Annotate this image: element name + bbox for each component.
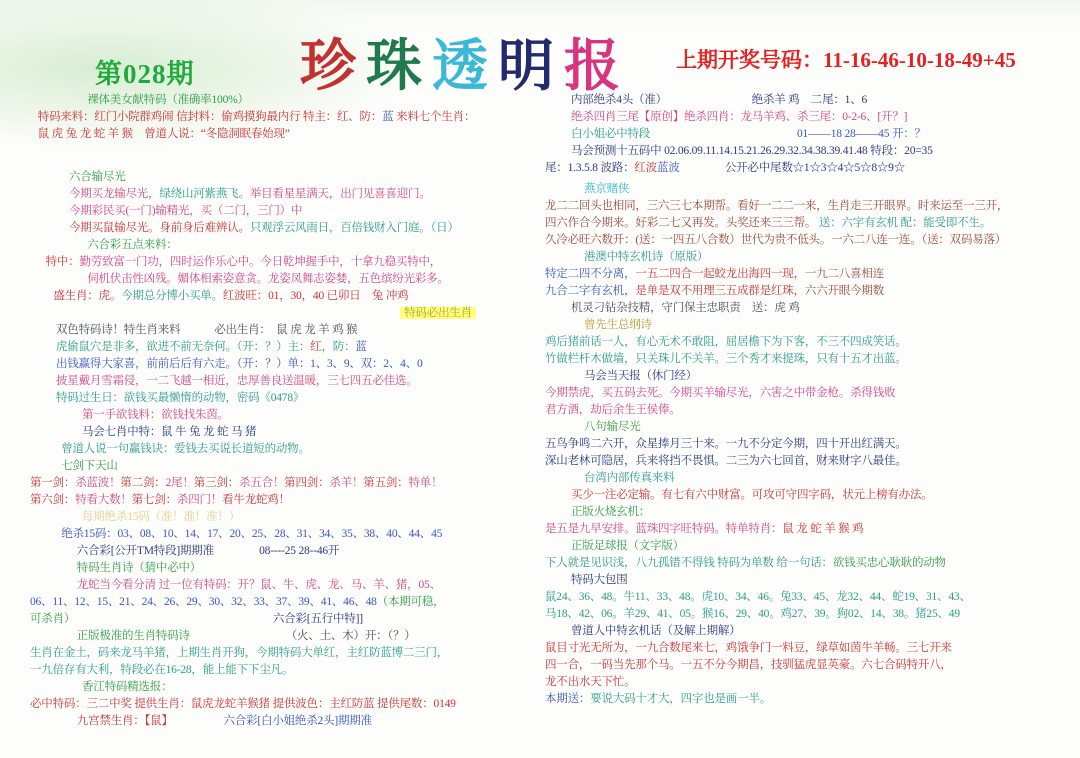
title-char: 报 xyxy=(564,36,630,98)
text-segment: 正版足球报（文字版） xyxy=(571,540,684,552)
paper-title: 珍珠透明报 xyxy=(300,22,630,102)
text-segment: 马会七肖中特：鼠 牛 兔 龙 蛇 马 猪 xyxy=(82,426,256,438)
text-line: 出钱赢得大家喜，前前后后有六走。（开：？）单：1、3、9、双：2、4、0 xyxy=(30,356,540,373)
text-line: 君方酒，劫后余生王侯俸。 xyxy=(545,402,1075,419)
text-segment: 鸡后猪前话一人，有心无术不敢阻，屈居檐下为下客，不三不四成笑话。 xyxy=(545,336,907,348)
text-segment: 鼠 虎 兔 龙 蛇 羊 猴 曾道人说：“冬隐洞眠春始现” xyxy=(38,128,290,140)
text-line: 尾：1.3.5.8 波路：红波蓝波 公开必中尾数☆1☆3☆4☆5☆8☆9☆ xyxy=(545,160,1075,177)
text-segment: （本期可稳， xyxy=(377,596,445,608)
text-segment: 第一剑： xyxy=(30,477,75,489)
text-line: 马18、42、06。羊29、41、05。猴16、29、40。鸡27、39。狗02… xyxy=(545,606,1075,623)
text-line: 特定二四不分离，一五二四合一起蛟龙出海四一现，一九二八喜相连 xyxy=(545,266,1075,283)
text-segment: 是五是九早安排。蓝珠四字旺特码。特单特肖： xyxy=(545,523,782,535)
text-line: 生肖在金土，码来龙马羊猪，上期生肖开狗，今期特码大单红，主红防蓝博二三门， xyxy=(30,645,540,662)
title-char: 珠 xyxy=(366,36,432,98)
issue-number: 第028期 xyxy=(95,52,195,91)
text-line: 绝杀15码：03、08、10、14、17、20、25、28、31、34、35、3… xyxy=(30,526,540,543)
text-segment: 第七剑： xyxy=(132,494,177,506)
text-segment: 香江特码精选报： xyxy=(82,681,172,693)
text-segment: 特码过生日：欲钱买最懒惰的动物，密码《0478》 xyxy=(56,392,304,404)
text-line: 六合彩五点来料： xyxy=(30,237,540,254)
text-segment: 虎偷鼠穴是非多，欲进不前无奈何。（开：？）主： xyxy=(56,341,310,353)
text-segment: 君方酒，劫后余生王侯俸。 xyxy=(545,404,681,416)
text-segment: 只观浮云风雨日，百倍钱财入门庭。（日） xyxy=(250,222,459,234)
text-segment: 特码大包围 xyxy=(571,574,628,586)
text-segment: 2尾！ xyxy=(166,477,194,489)
text-segment: 曾先生总纲诗 xyxy=(584,319,652,331)
text-segment: 绝杀15码：03、08、10、14、17、20、25、28、31、34、35、3… xyxy=(61,528,442,540)
text-line: 盛生肖：虎。今期总分博小买单。红波旺：01，30，40 已卯日 兔 冲鸡 xyxy=(30,288,540,305)
title-char: 珍 xyxy=(300,36,366,98)
text-segment: 来料七个生肖： xyxy=(393,111,475,123)
text-segment: 第二剑： xyxy=(120,477,165,489)
text-line: 每期绝杀15码（准！准！准！） xyxy=(30,509,540,526)
text-segment: 马会预测十五码中 02.06.09.11.14.15.21.26.29.32.3… xyxy=(571,145,933,157)
text-segment: 第六剑： xyxy=(30,494,75,506)
text-segment: 六合彩[五行中特]] xyxy=(69,613,362,625)
text-line: 今期禁虎，买五码去死。今期买羊输尽光，六害之中带金枪。杀得钱败 xyxy=(545,385,1075,402)
text-segment: 曾道人说一句赢钱诀：爱钱去买说长道短的动物。 xyxy=(61,443,310,455)
text-line: 机灵刁钻杂技精，守门保主忠职责 送：虎 鸡 xyxy=(545,300,1075,317)
text-segment: 今期彩民买(一门)输精光，买（二门，三门）中 xyxy=(69,205,302,217)
text-segment: 杀蓝波！ xyxy=(75,477,120,489)
text-line: 竹做栏杆木做墙，只关珠儿不关羊。三个秀才来提珠，只有十五才出蓝。 xyxy=(545,351,1075,368)
text-segment: 第五剑： xyxy=(363,477,408,489)
text-segment: 看牛龙蛇鸡！ xyxy=(222,494,290,506)
last-draw-numbers: 上期开奖号码：11-16-46-10-18-49+45 xyxy=(676,44,1016,74)
text-line: 正版足球报（文字版） xyxy=(545,538,1075,555)
text-segment: 燕京赌侠 xyxy=(584,183,629,195)
text-segment: 蓝 xyxy=(355,341,366,353)
text-segment: 特码必出生肖 xyxy=(400,307,476,319)
text-line: 伺机伏击性凶残。媚体相索姿意贪。龙姿凤舞志姿婪，五色缤纷光彩多。 xyxy=(30,271,540,288)
text-segment: 裸体美女献特码（准确率100%） xyxy=(87,94,249,106)
text-line: 特中：勤劳致富一门功，四时运作乐心中。今日乾坤握手中，十拿九稳买特中， xyxy=(30,254,540,271)
right-column: 内部绝杀4头（准） 绝杀羊 鸡 二尾：1、6绝杀四肖三尾【原创】绝杀四肖：龙马羊… xyxy=(545,92,1075,708)
text-segment: 一九二八喜相连 xyxy=(805,268,884,280)
text-segment: 正版火烧玄机： xyxy=(571,506,650,518)
text-segment: 是单是双不用理三五成群是红珠， xyxy=(635,285,805,297)
text-line: 第六剑：特看大数！第七剑：杀四门！看牛龙蛇鸡！ xyxy=(30,492,540,509)
text-segment: ，防： xyxy=(321,341,355,353)
text-line: 八句输尽光 xyxy=(545,419,1075,436)
text-segment: 蓝波 xyxy=(657,162,680,174)
text-line: 正版极准的生肖特码诗 （火、土、木）开：（？） xyxy=(30,628,540,645)
text-segment: （火、土、木）开：（？） xyxy=(190,630,416,642)
text-segment: 勤劳致富一门功，四时运作乐心中。今日乾坤握手中，十拿九稳买特中， xyxy=(80,256,442,268)
text-segment: 尾：1.3.5.8 波路： xyxy=(545,162,634,174)
text-segment: 深山老林可隐居，兵来将挡不畏惧。二三为六七回首，财来财字八最佳。 xyxy=(545,455,907,467)
text-line: 鼠24、36、48。牛11、33、48。虎10、34、46。兔33、45、龙32… xyxy=(545,589,1075,606)
text-line: 燕京赌侠 xyxy=(545,181,1075,198)
text-segment: 特中： xyxy=(46,256,80,268)
text-line: 白小姐必中特段 01——18 28——45 开：？ xyxy=(545,126,1075,143)
text-line: 六合输尽光 xyxy=(30,169,540,186)
text-segment: 九合二字有玄机， xyxy=(545,285,635,297)
text-line: 龙蛇当今看分清 过一位有特码：开？鼠、牛、虎、龙、马、羊、猪，05、 xyxy=(30,577,540,594)
text-line: 特码过生日：欲钱买最懒惰的动物，密码《0478》 xyxy=(30,390,540,407)
text-segment: 八句输尽光 xyxy=(584,421,641,433)
text-segment: 杀四门！ xyxy=(177,494,222,506)
text-line: 内部绝杀4头（准） 绝杀羊 鸡 二尾：1、6 xyxy=(545,92,1075,109)
text-line: 可杀肖） 六合彩[五行中特]] xyxy=(30,611,540,628)
text-line: 香江特码精选报： xyxy=(30,679,540,696)
text-segment: 六合输尽光 xyxy=(69,171,126,183)
text-segment: 举目看星星满天，出门见喜喜迎门。 xyxy=(250,188,431,200)
text-line: 鼠 虎 兔 龙 蛇 羊 猴 曾道人说：“冬隐洞眠春始现” xyxy=(30,126,540,143)
title-char: 透 xyxy=(432,36,498,98)
text-segment: 内部绝杀4头（准） 绝杀羊 鸡 二尾：1、6 xyxy=(571,94,867,106)
text-segment: 六六开眼今期数 xyxy=(805,285,884,297)
text-line: 龙不出水天下忙。 xyxy=(545,674,1075,691)
text-line: 第一剑：杀蓝波！第二剑：2尾！第三剑：杀五合！第四剑：杀羊！第五剑：特单！ xyxy=(30,475,540,492)
text-segment: 马18、42、06。羊29、41、05。猴16、29、40。鸡27、39。狗02… xyxy=(545,608,960,620)
text-segment: 机灵刁钻杂技精，守门保主忠职责 送：虎 鸡 xyxy=(571,302,800,314)
text-segment: 台湾内部传真来料 xyxy=(584,472,674,484)
text-segment: 六合彩[公开TM特段]期期准 08----25 28--46开 xyxy=(77,545,339,557)
text-segment: 六合彩[白小姐绝杀2头]期期准 xyxy=(167,715,372,727)
text-segment: 曾道人中特玄机话（及解上期解） xyxy=(571,625,741,637)
text-segment: 特看大数！ xyxy=(75,494,132,506)
text-segment: 马会当天报（休门经） xyxy=(584,370,697,382)
text-line: 一九倍存有大利，特段必在16-28，能上能下下尘凡。 xyxy=(30,662,540,679)
text-segment: 四六作合今期来。好彩二七又再发。头奖还来三三帮。 xyxy=(545,217,816,229)
text-segment: 龙二二回头也相同，三六三七本期帮。看好一二二一来，生肖走三开眼界。时来运至一三开… xyxy=(545,200,1008,212)
text-segment: 一五二四合一起蛟龙出海四一现， xyxy=(635,268,805,280)
text-line: 必中特码：三二中奖 提供生肖：鼠虎龙蛇羊猴猪 提供波色：主红防蓝 提供尾数：01… xyxy=(30,696,540,713)
left-column: 裸体美女献特码（准确率100%）特码来料：红门小院群鸡闹 信封料：偷鸡摸狗最内行… xyxy=(30,92,540,730)
text-line: 鼠目寸光无所为，一九合数尾来七，鸡饿争门一料豆，绿草如茵牛羊畅。三七开来 xyxy=(545,640,1075,657)
text-line: 绝杀四肖三尾【原创】绝杀四肖：龙马羊鸡、杀三尾：0-2-6、[开？] xyxy=(545,109,1075,126)
text-segment: 红波旺：01，30，40 已卯日 兔 冲鸡 xyxy=(223,290,409,302)
text-line: 港澳中特玄机诗（原版） xyxy=(545,249,1075,266)
text-line: 马会七肖中特：鼠 牛 兔 龙 蛇 马 猪 xyxy=(30,424,540,441)
text-line: 马会预测十五码中 02.06.09.11.14.15.21.26.29.32.3… xyxy=(545,143,1075,160)
text-segment: 要说大码十才大，四字也是画一半。 xyxy=(590,693,771,705)
text-line: 裸体美女献特码（准确率100%） xyxy=(30,92,540,109)
text-segment: 第四剑： xyxy=(284,477,329,489)
text-segment: 鼠24、36、48。牛11、33、48。虎10、34、46。兔33、45、龙32… xyxy=(545,591,971,603)
text-segment: 01——18 28——45 开：？ xyxy=(650,128,926,140)
text-segment: 七剑下天山 xyxy=(61,460,118,472)
text-line: 买少一注必定输。有七有六中财富。可攻可守四字码，状元上榜有办法。 xyxy=(545,487,1075,504)
text-segment: 欲钱买忠心耿耿的动物 xyxy=(833,557,946,569)
text-segment: 港澳中特玄机诗（原版） xyxy=(584,251,708,263)
text-segment: 本期送： xyxy=(545,693,590,705)
text-line: 特码必出生肖 xyxy=(30,305,540,322)
text-line: 九合二字有玄机，是单是双不用理三五成群是红珠，六六开眼今期数 xyxy=(545,283,1075,300)
text-segment: 下人就是见识浅，八九孤错不得钱 特码为单数 给一句话： xyxy=(545,557,833,569)
text-line: 深山老林可隐居，兵来将挡不畏惧。二三为六七回首，财来财字八最佳。 xyxy=(545,453,1075,470)
text-line: 鸡后猪前话一人，有心无术不敢阻，屈居檐下为下客，不三不四成笑话。 xyxy=(545,334,1075,351)
text-line: 久冷必旺六数开：(送：一四五八合数）世代为贵不低头。一六二八连一连。（送：双码易… xyxy=(545,232,1075,249)
text-segment: 正版极准的生肖特码诗 xyxy=(77,630,190,642)
text-line: 正版火烧玄机： xyxy=(545,504,1075,521)
text-segment: 披星戴月雪霜侵，一二飞越一相近，忠厚善良送温暖，三七四五必佳选。 xyxy=(56,375,418,387)
text-segment: 公开必中尾数☆1☆3☆4☆5☆8☆9☆ xyxy=(680,162,905,174)
text-segment: 竹做栏杆木做墙，只关珠儿不关羊。三个秀才来提珠，只有十五才出蓝。 xyxy=(545,353,907,365)
text-line: 06、11、12、15、21、24、26、29、30、32、33、37、39、4… xyxy=(30,594,540,611)
text-segment: 红波 xyxy=(634,162,657,174)
text-line: 今期买龙输尽光，绿绕山河紫燕飞。举目看星星满天，出门见喜喜迎门。 xyxy=(30,186,540,203)
text-segment: 今期买鼠输尽光。身前身后难辨认。 xyxy=(69,222,250,234)
text-line: 特码大包围 xyxy=(545,572,1075,589)
text-segment: 出钱赢得大家喜，前前后后有六走。（开：？）单：1、3、9、双：2、4、0 xyxy=(56,358,423,370)
text-line: 虎偷鼠穴是非多，欲进不前无奈何。（开：？）主：红，防：蓝 xyxy=(30,339,540,356)
text-segment: 红 xyxy=(310,341,321,353)
text-line: 第一手欲钱料：欲钱找朱茵。 xyxy=(30,407,540,424)
text-line: 下人就是见识浅，八九孤错不得钱 特码为单数 给一句话：欲钱买忠心耿耿的动物 xyxy=(545,555,1075,572)
text-segment: 蓝 xyxy=(382,111,393,123)
title-char: 明 xyxy=(498,36,564,98)
text-segment: 第三剑： xyxy=(194,477,239,489)
text-segment: 久冷必旺六数开：(送：一四五八合数）世代为贵不低头。一六二八连一连。（送：双码易… xyxy=(545,234,1006,246)
text-segment: 绝杀四肖三尾【原创】绝杀四肖：龙马羊鸡、杀三尾：0-2-6、[开？] xyxy=(571,111,907,123)
newspaper-page: 第028期 珍珠透明报 上期开奖号码：11-16-46-10-18-49+45 … xyxy=(0,0,1080,758)
text-line: 今期买鼠输尽光。身前身后难辨认。只观浮云风雨日，百倍钱财入门庭。（日） xyxy=(30,220,540,237)
text-segment: 今期买龙输尽光， xyxy=(69,188,159,200)
text-segment: 杀五合！ xyxy=(239,477,284,489)
text-segment: 杀羊！ xyxy=(329,477,363,489)
text-line: 曾道人中特玄机话（及解上期解） xyxy=(545,623,1075,640)
text-segment: 鼠目寸光无所为，一九合数尾来七，鸡饿争门一料豆，绿草如茵牛羊畅。三七开来 xyxy=(545,642,952,654)
text-segment: 伺机伏击性凶残。媚体相索姿意贪。龙姿凤舞志姿婪，五色缤纷光彩多。 xyxy=(87,273,449,285)
text-line: 披星戴月雪霜侵，一二飞越一相近，忠厚善良送温暖，三七四五必佳选。 xyxy=(30,373,540,390)
text-line: 四一合，一码当先那个马。一五不分今期昌，技驯猛虎显英豪。六七合码特开八， xyxy=(545,657,1075,674)
text-line: 曾道人说一句赢钱诀：爱钱去买说长道短的动物。 xyxy=(30,441,540,458)
text-segment: 必中特码：三二中奖 提供生肖：鼠虎龙蛇羊猴猪 提供波色：主红防蓝 提供尾数：01… xyxy=(30,698,456,710)
text-segment: 06、11、12、15、21、24、26、29、30、32、33、37、39、4… xyxy=(30,596,377,608)
text-segment: 一九倍存有大利，特段必在16-28，能上能下下尘凡。 xyxy=(30,664,293,676)
text-line: 特码来料：红门小院群鸡闹 信封料：偷鸡摸狗最内行 特主：红、防：蓝 来料七个生肖… xyxy=(30,109,540,126)
text-segment: 九宫禁生肖：【鼠】 xyxy=(77,715,167,727)
text-segment: 龙蛇当今看分清 过一位有特码：开？鼠、牛、虎、龙、马、羊、猪，05、 xyxy=(77,579,441,591)
text-segment: 送：六字有玄机 配：能受即不生。 xyxy=(816,217,991,229)
text-segment: 特码生肖诗（猜中必中） xyxy=(77,562,201,574)
text-line: 是五是九早安排。蓝珠四字旺特码。特单特肖：鼠 龙 蛇 羊 猴 鸡 xyxy=(545,521,1075,538)
text-line: 曾先生总纲诗 xyxy=(545,317,1075,334)
text-line: 七剑下天山 xyxy=(30,458,540,475)
text-line: 马会当天报（休门经） xyxy=(545,368,1075,385)
text-line: 今期彩民买(一门)输精光，买（二门，三门）中 xyxy=(30,203,540,220)
text-segment: 绿绕山河紫燕飞。 xyxy=(159,188,249,200)
text-segment: 特码来料：红门小院群鸡闹 信封料：偷鸡摸狗最内行 特主：红、防： xyxy=(38,111,382,123)
text-segment: 盛生肖：虎。 xyxy=(53,290,121,302)
text-segment: 今期总分博小买单。 xyxy=(121,290,223,302)
text-line: 五鸟争鸣二六开，众星捧月三十来。一九不分定今期，四十开出红满天。 xyxy=(545,436,1075,453)
text-segment: 买少一注必定输。有七有六中财富。可攻可守四字码，状元上榜有办法。 xyxy=(571,489,933,501)
text-segment: 六合彩五点来料： xyxy=(87,239,177,251)
text-segment: 四一合，一码当先那个马。一五不分今期昌，技驯猛虎显英豪。六七合码特开八， xyxy=(545,659,952,671)
text-segment: 龙不出水天下忙。 xyxy=(545,676,635,688)
text-segment: 特定二四不分离， xyxy=(545,268,635,280)
text-segment: 白小姐必中特段 xyxy=(571,128,650,140)
text-line: 六合彩[公开TM特段]期期准 08----25 28--46开 xyxy=(30,543,540,560)
text-line: 四六作合今期来。好彩二七又再发。头奖还来三三帮。 送：六字有玄机 配：能受即不生… xyxy=(545,215,1075,232)
text-line: 特码生肖诗（猜中必中） xyxy=(30,560,540,577)
text-segment: 第一手欲钱料：欲钱找朱茵。 xyxy=(82,409,229,421)
text-line: 龙二二回头也相同，三六三七本期帮。看好一二二一来，生肖走三开眼界。时来运至一三开… xyxy=(545,198,1075,215)
text-line: 双色特码诗！特生肖来料 必出生肖： 鼠 虎 龙 羊 鸡 猴 xyxy=(30,322,540,339)
text-segment: 可杀肖） xyxy=(30,613,69,625)
text-segment: 双色特码诗！特生肖来料 必出生肖： 鼠 虎 龙 羊 鸡 猴 xyxy=(56,324,357,336)
text-segment: 今期禁虎，买五码去死。今期买羊输尽光，六害之中带金枪。杀得钱败 xyxy=(545,387,895,399)
text-segment: 特单！ xyxy=(408,477,442,489)
text-segment: 每期绝杀15码（准！准！准！） xyxy=(82,511,240,523)
text-line: 本期送：要说大码十才大，四字也是画一半。 xyxy=(545,691,1075,708)
text-segment: 生肖在金土，码来龙马羊猪，上期生肖开狗，今期特码大单红，主红防蓝博二三门， xyxy=(30,647,448,659)
text-line: 九宫禁生肖：【鼠】 六合彩[白小姐绝杀2头]期期准 xyxy=(30,713,540,730)
text-segment: 五鸟争鸣二六开，众星捧月三十来。一九不分定今期，四十开出红满天。 xyxy=(545,438,907,450)
text-line: 台湾内部传真来料 xyxy=(545,470,1075,487)
text-segment: 鼠 龙 蛇 羊 猴 鸡 xyxy=(782,523,863,535)
